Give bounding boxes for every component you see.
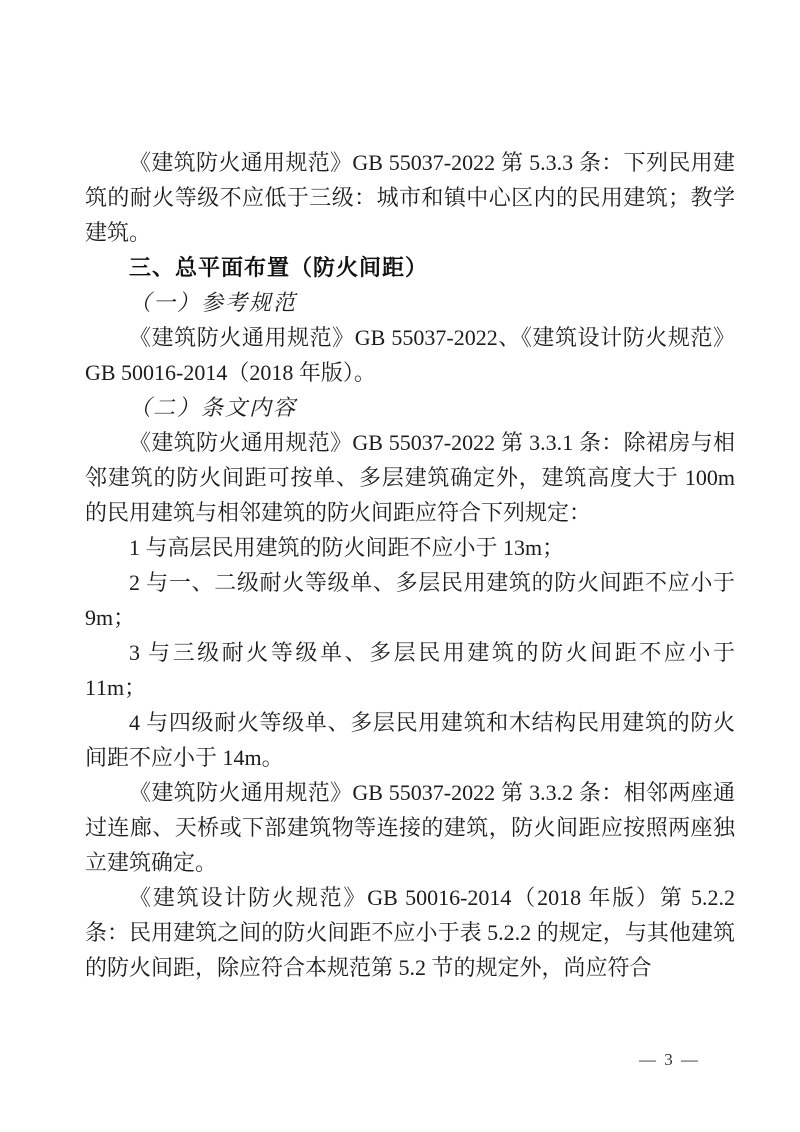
section-heading-site-layout: 三、总平面布置（防火间距） [85,250,735,285]
paragraph-gb55037-clause-3-3-2: 《建筑防火通用规范》GB 55037-2022 第 3.3.2 条：相邻两座通过… [85,775,735,880]
document-page: 《建筑防火通用规范》GB 55037-2022 第 5.3.3 条：下列民用建筑… [0,0,800,1132]
paragraph-reference-codes: 《建筑防火通用规范》GB 55037-2022、《建筑设计防火规范》GB 500… [85,320,735,390]
subsection-heading-clause-content: （二）条文内容 [85,390,735,425]
list-item-1: 1 与高层民用建筑的防火间距不应小于 13m； [85,530,735,565]
subsection-heading-reference-codes: （一）参考规范 [85,285,735,320]
list-item-3: 3 与三级耐火等级单、多层民用建筑的防火间距不应小于 11m； [85,635,735,705]
paragraph-gb55037-clause-5-3-3: 《建筑防火通用规范》GB 55037-2022 第 5.3.3 条：下列民用建筑… [85,145,735,250]
list-item-4: 4 与四级耐火等级单、多层民用建筑和木结构民用建筑的防火间距不应小于 14m。 [85,705,735,775]
page-number: — 3 — [85,1048,700,1072]
document-body: 《建筑防火通用规范》GB 55037-2022 第 5.3.3 条：下列民用建筑… [85,145,735,985]
paragraph-gb55037-clause-3-3-1: 《建筑防火通用规范》GB 55037-2022 第 3.3.1 条：除裙房与相邻… [85,425,735,530]
list-item-2: 2 与一、二级耐火等级单、多层民用建筑的防火间距不应小于 9m； [85,565,735,635]
paragraph-gb50016-clause-5-2-2: 《建筑设计防火规范》GB 50016-2014（2018 年版）第 5.2.2 … [85,880,735,985]
